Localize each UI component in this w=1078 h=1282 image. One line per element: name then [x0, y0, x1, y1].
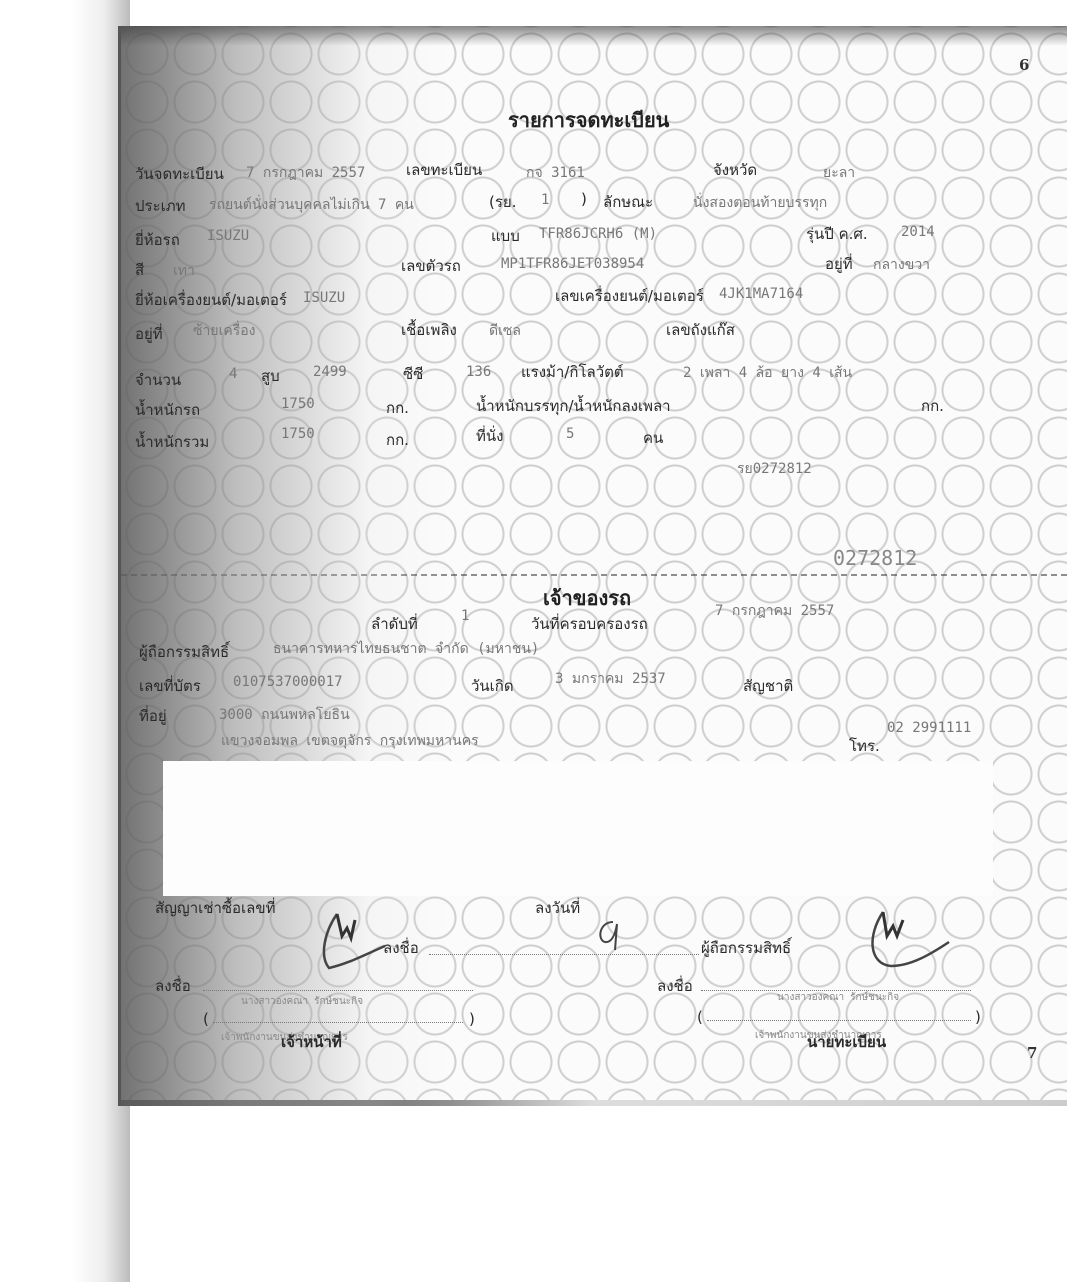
order-value: 1: [461, 608, 469, 624]
engine-loc-value: ซ้ายเครื่อง: [193, 320, 255, 342]
registrar-signature: [861, 906, 951, 976]
style-label: ลักษณะ: [603, 190, 653, 214]
scan-spine-shadow: [0, 0, 130, 1282]
chassis-label: เลขตัวรถ: [401, 254, 461, 278]
total-weight-label: น้ำหนักรวม: [135, 430, 209, 454]
seats-label: ที่นั่ง: [476, 424, 503, 448]
cylinder-label: สูบ: [261, 364, 280, 388]
brand-label: ยี่ห้อรถ: [135, 228, 180, 252]
left-sign-line: [203, 990, 473, 991]
registration-heading: รายการจดทะเบียน: [508, 104, 669, 136]
hp-value: 136: [466, 364, 491, 380]
color-value: เทา: [173, 260, 195, 282]
total-weight-value: 1750: [281, 426, 315, 442]
order-label: ลำดับที่: [371, 612, 418, 636]
date-mark: [591, 916, 641, 956]
officer-paren-line: [213, 1022, 463, 1023]
total-weight-unit: กก.: [386, 428, 409, 452]
registrar-paren-line: [707, 1020, 971, 1021]
count-label: จำนวน: [135, 368, 181, 392]
address-label: ที่อยู่: [139, 704, 167, 728]
phone-value: 02 2991111: [887, 720, 971, 736]
fuel-label: เชื้อเพลิง: [401, 318, 457, 342]
officer-open-paren: (: [203, 1010, 209, 1028]
address-line2: แขวงจอมพล เขตจตุจักร กรุงเทพมหานคร: [221, 730, 479, 752]
weight-label: น้ำหนักรถ: [135, 398, 200, 422]
cc-value: 2499: [313, 364, 347, 380]
officer-sign-line: [429, 954, 699, 955]
chassis-loc-label: อยู่ที่: [825, 252, 853, 276]
birth-label: วันเกิด: [471, 674, 514, 698]
ry-close: ): [581, 190, 587, 208]
owner-heading: เจ้าของรถ: [543, 582, 631, 614]
chassis-loc-value: กลางขวา: [873, 254, 930, 276]
weight-value: 1750: [281, 396, 315, 412]
phone-label: โทร.: [849, 734, 880, 758]
color-label: สี: [135, 258, 144, 282]
plate-label: เลขทะเบียน: [406, 158, 482, 182]
style-value: นั่งสองตอนท้ายบรรทุก: [693, 192, 827, 214]
axles-value: 2 เพลา 4 ล้อ ยาง 4 เส้น: [683, 362, 852, 384]
officer-name: นางสาวองคณา รักษ์ชนะกิจ: [241, 994, 363, 1009]
nationality-label: สัญชาติ: [743, 674, 793, 698]
serial-number: รย0272812: [737, 458, 812, 480]
birth-value: 3 มกราคม 2537: [555, 668, 666, 690]
model-value: TFR86JCRH6 (M): [539, 226, 657, 242]
engine-no-label: เลขเครื่องยนต์/มอเตอร์: [555, 284, 704, 308]
reg-date-value: 7 กรกฎาคม 2557: [246, 162, 365, 184]
plate-value: กจ 3161: [526, 162, 585, 184]
right-sign-label: ลงชื่อ: [657, 974, 693, 998]
registrar-open-paren: (: [697, 1008, 703, 1026]
registration-page: 6 รายการจดทะเบียน วันจดทะเบียน 7 กรกฎาคม…: [118, 26, 1067, 1106]
engine-brand-label: ยี่ห้อเครื่องยนต์/มอเตอร์: [135, 288, 287, 312]
contract-label: สัญญาเช่าซื้อเลขที่: [155, 896, 276, 920]
weight-unit: กก.: [386, 396, 409, 420]
left-sign-label: ลงชื่อ: [155, 974, 191, 998]
id-label: เลขที่บัตร: [139, 674, 201, 698]
cc-label: ซีซี: [403, 362, 423, 386]
seats-unit: คน: [643, 426, 663, 450]
province-label: จังหวัด: [713, 158, 757, 182]
ry-value: 1: [541, 192, 549, 208]
page-number-top: 6: [1019, 56, 1029, 74]
engine-loc-label: อยู่ที่: [135, 322, 163, 346]
gas-tank-label: เลขถังแก๊ส: [666, 318, 735, 342]
count-value: 4: [229, 366, 237, 382]
hp-label: แรงม้า/กิโลวัตต์: [521, 360, 624, 384]
address-line1: 3000 ถนนพหลโยธิน: [219, 704, 350, 726]
holder-label: ผู้ถือกรรมสิทธิ์: [139, 640, 229, 664]
registrar-close-paren: ): [975, 1008, 981, 1026]
year-label: รุ่นปี ค.ศ.: [806, 222, 868, 246]
brand-value: ISUZU: [207, 228, 249, 244]
sign-date-label: ลงวันที่: [535, 896, 580, 920]
fuel-value: ดีเซล: [489, 320, 521, 342]
seats-value: 5: [566, 426, 574, 442]
registrar-name: นางสาวองคณา รักษ์ชนะกิจ: [777, 990, 899, 1005]
engine-no-value: 4JK1MA7164: [719, 286, 803, 302]
model-label: แบบ: [491, 224, 520, 248]
possession-label: วันที่ครอบครองรถ: [531, 612, 648, 636]
holder-role-label: ผู้ถือกรรมสิทธิ์: [701, 936, 791, 960]
engine-brand-value: ISUZU: [303, 290, 345, 306]
officer-sign-label: ลงชื่อ: [383, 936, 419, 960]
type-label: ประเภท: [135, 194, 186, 218]
load-unit: กก.: [921, 394, 944, 418]
page-number-bottom: 7: [1027, 1044, 1037, 1062]
officer-close-paren: ): [469, 1010, 475, 1028]
reg-date-label: วันจดทะเบียน: [135, 162, 224, 186]
perforation-number: 0272812: [833, 546, 917, 570]
possession-date: 7 กรกฎาคม 2557: [715, 600, 834, 622]
year-value: 2014: [901, 224, 935, 240]
province-value: ยะลา: [823, 162, 855, 184]
holder-value: ธนาคารทหารไทยธนชาต จำกัด (มหาชน): [273, 638, 539, 660]
type-value: รถยนต์นั่งส่วนบุคคลไม่เกิน 7 คน: [209, 194, 414, 216]
load-label: น้ำหนักบรรทุก/น้ำหนักลงเพลา: [476, 394, 671, 418]
ry-label: (รย.: [489, 190, 516, 214]
chassis-value: MP1TFR86JET038954: [501, 256, 644, 272]
id-value: 0107537000017: [233, 674, 343, 690]
officer-signature: [317, 906, 387, 976]
registrar-role: นายทะเบียน: [807, 1030, 886, 1054]
officer-role: เจ้าหน้าที่: [281, 1030, 342, 1054]
